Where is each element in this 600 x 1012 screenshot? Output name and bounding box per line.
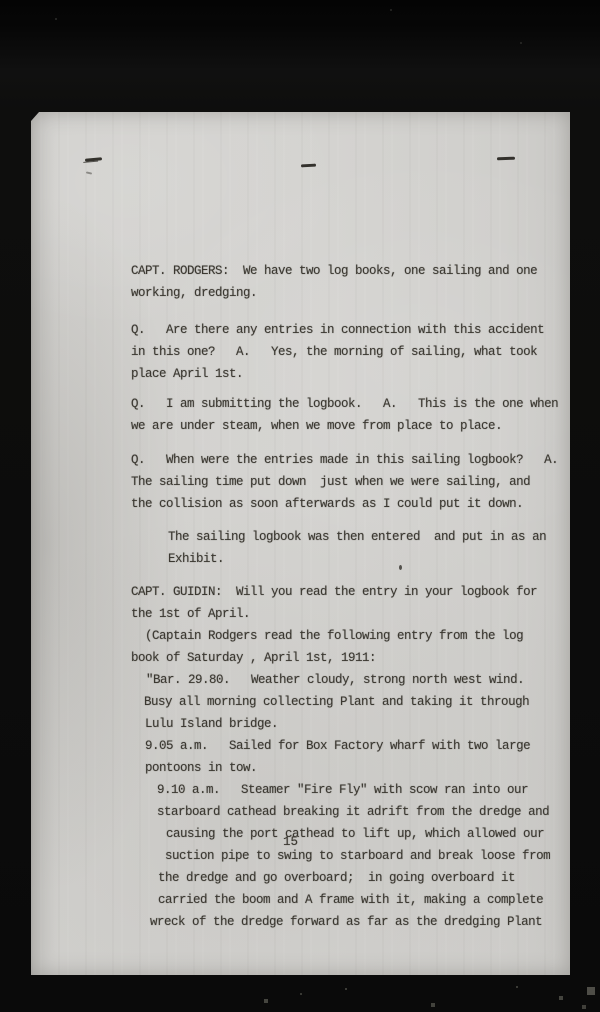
text-line: in this one? A. Yes, the morning of sail… — [31, 341, 570, 363]
text-line: "Bar. 29.80. Weather cloudy, strong nort… — [31, 669, 570, 691]
text-line: 9.05 a.m. Sailed for Box Factory wharf w… — [31, 735, 570, 757]
text-line: working, dredging. — [31, 282, 570, 304]
text-line: we are under steam, when we move from pl… — [31, 415, 570, 437]
text-line: Q. I am submitting the logbook. A. This … — [31, 393, 570, 415]
pencil-dash-mark — [497, 157, 515, 161]
text-line: the collision as soon afterwards as I co… — [31, 493, 570, 515]
text-line: The sailing time put down just when we w… — [31, 471, 570, 493]
text-line: (Captain Rodgers read the following entr… — [31, 625, 570, 647]
text-line: Q. Are there any entries in connection w… — [31, 319, 570, 341]
text-line: Lulu Island bridge. — [31, 713, 570, 735]
text-line: carried the boom and A frame with it, ma… — [31, 889, 570, 911]
paper-corner-cut — [31, 112, 39, 121]
text-line: book of Saturday , April 1st, 1911: — [31, 647, 570, 669]
text-line: starboard cathead breaking it adrift fro… — [31, 801, 570, 823]
text-line: CAPT. RODGERS: We have two log books, on… — [31, 260, 570, 282]
text-line: Exhibit. — [31, 548, 570, 570]
text-line: the 1st of April. — [31, 603, 570, 625]
text-line: The sailing logbook was then entered and… — [31, 526, 570, 548]
text-line: 9.10 a.m. Steamer "Fire Fly" with scow r… — [31, 779, 570, 801]
text-line: Busy all morning collecting Plant and ta… — [31, 691, 570, 713]
text-line: CAPT. GUIDIN: Will you read the entry in… — [31, 581, 570, 603]
page-number: 15 — [283, 831, 323, 853]
text-line: Q. When were the entries made in this sa… — [31, 449, 570, 471]
text-line: wreck of the dredge forward as far as th… — [31, 911, 570, 933]
dust-specks — [0, 0, 2, 2]
ink-speck — [399, 565, 402, 570]
text-line: the dredge and go overboard; in going ov… — [31, 867, 570, 889]
scanned-page-background: CAPT. RODGERS: We have two log books, on… — [0, 0, 600, 1012]
text-line: place April 1st. — [31, 363, 570, 385]
text-line: pontoons in tow. — [31, 757, 570, 779]
